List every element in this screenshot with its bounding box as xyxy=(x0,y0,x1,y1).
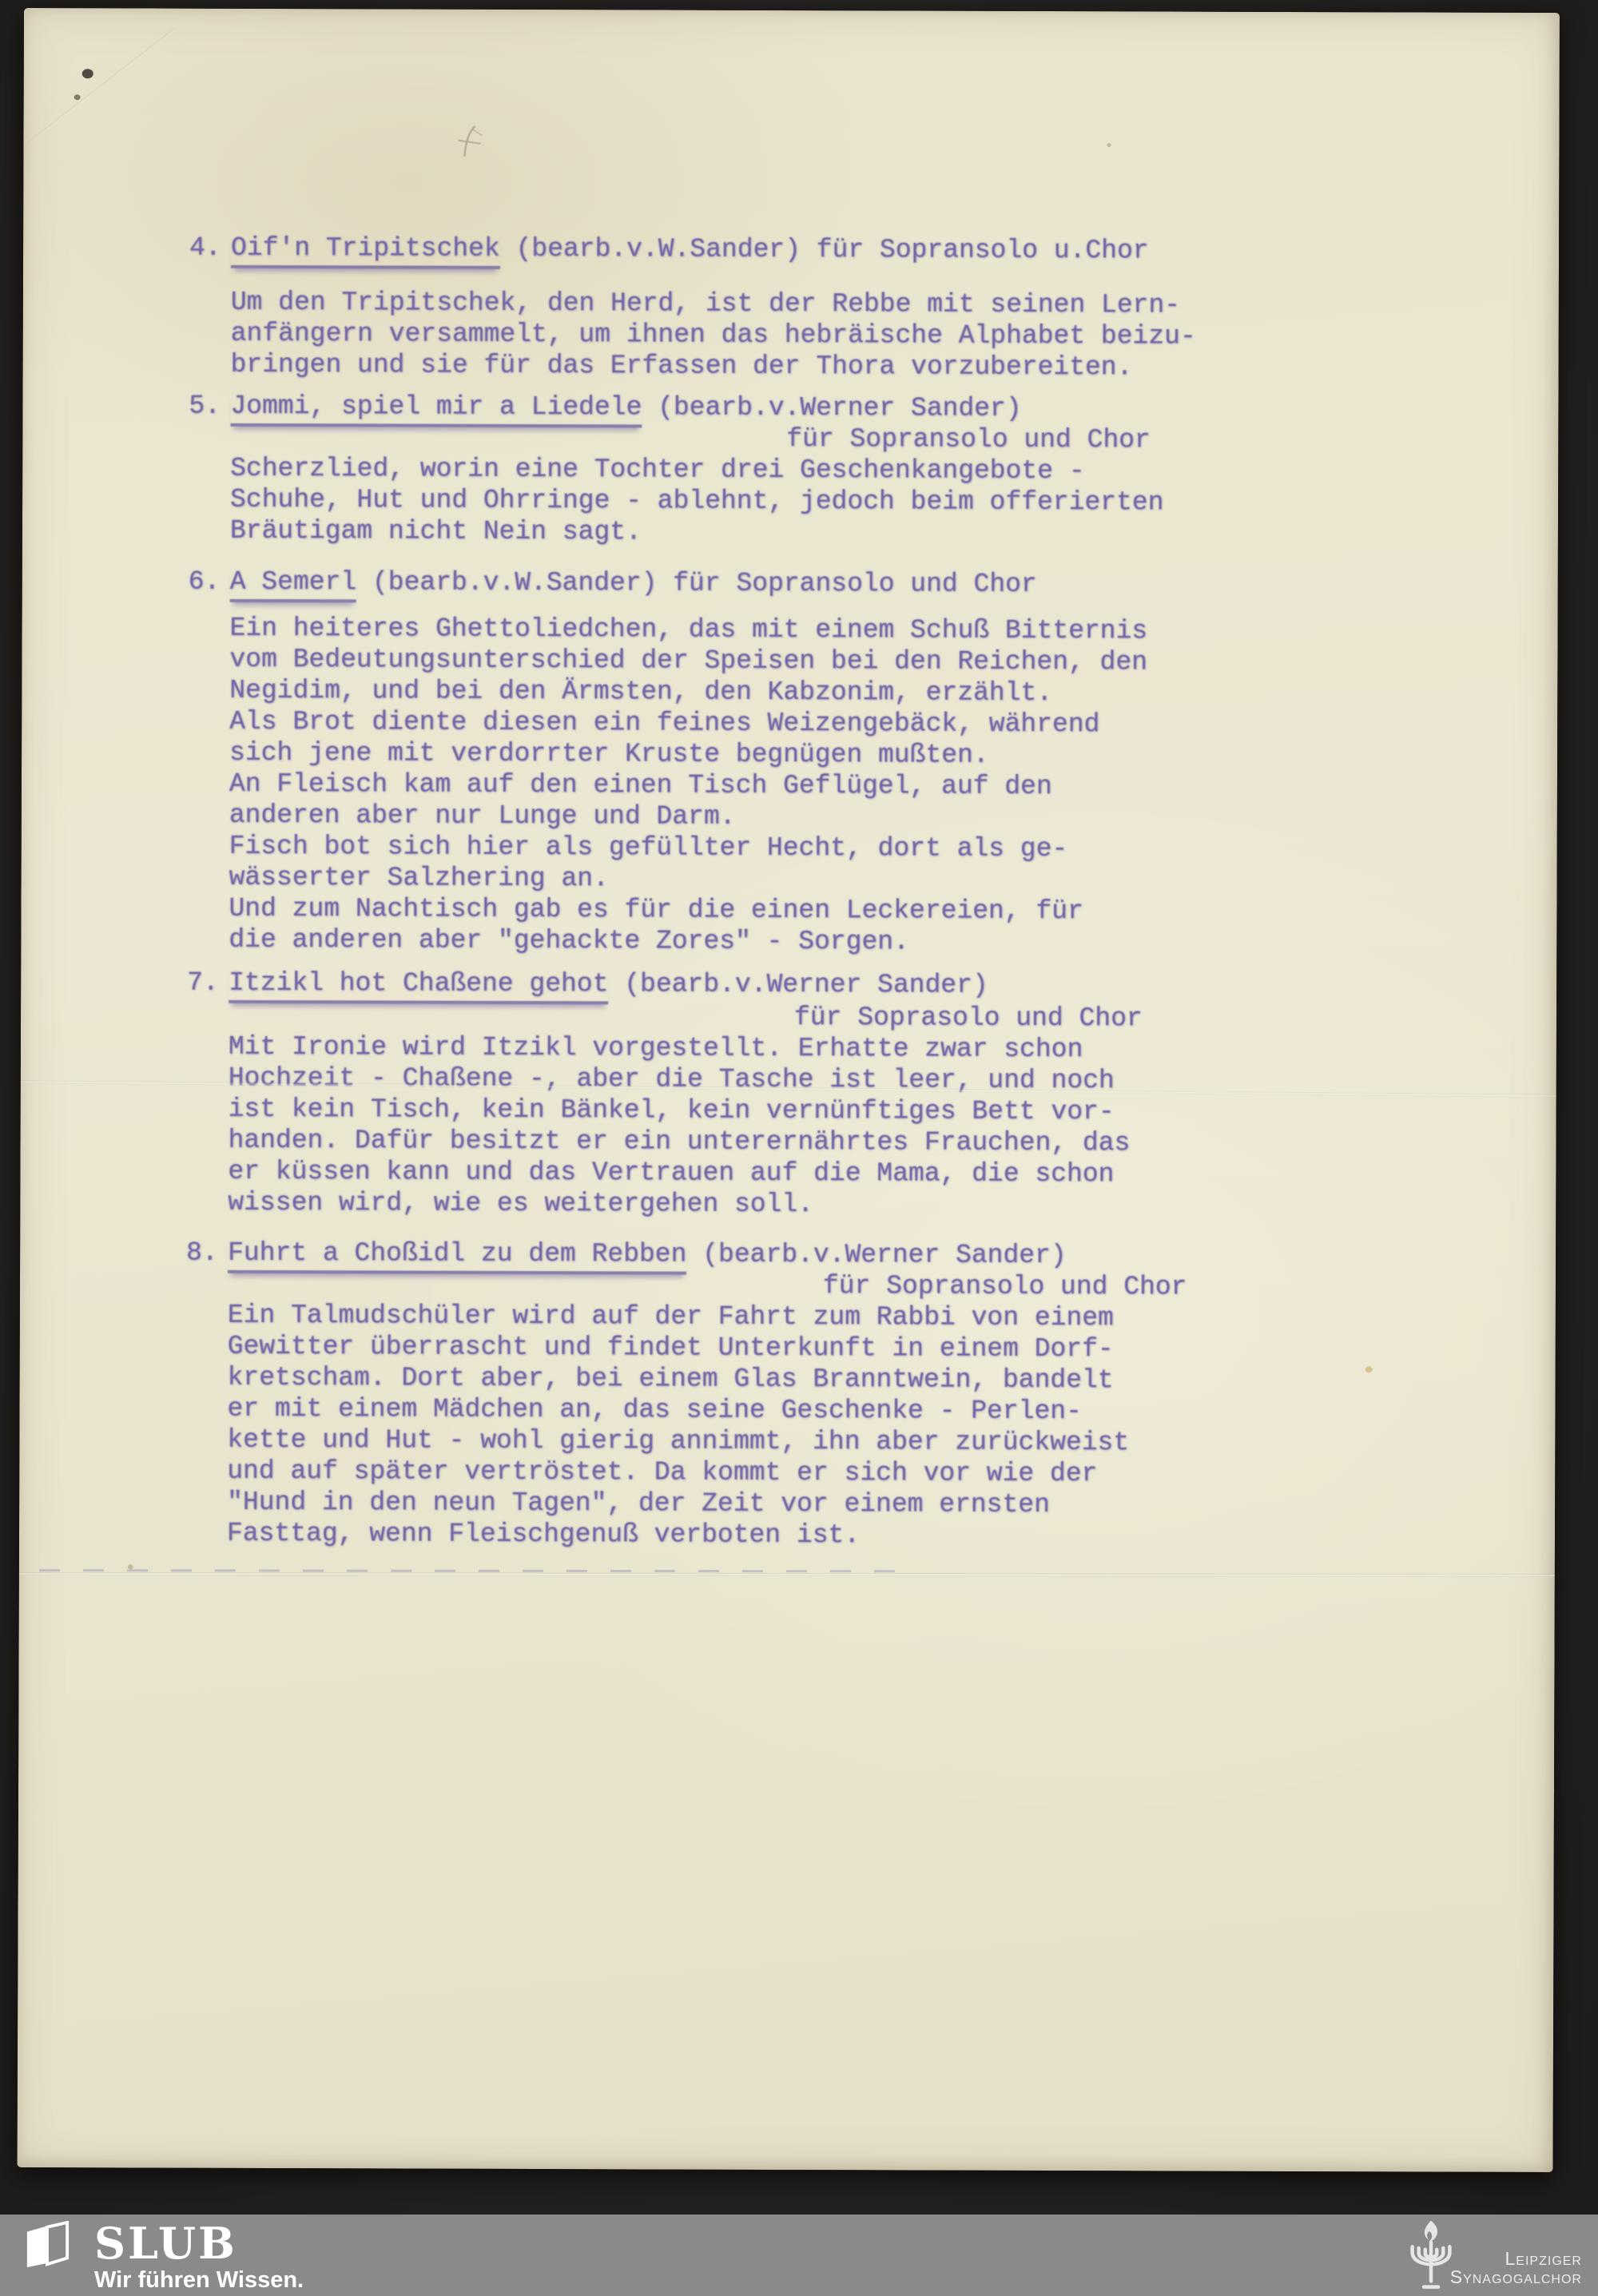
footer-brand-bar: SLUB Wir führen Wissen. Leipziger Synago… xyxy=(0,2215,1598,2296)
choir-line2: Synagogalchor xyxy=(1450,2268,1582,2286)
slub-wordmark: SLUB Wir führen Wissen. xyxy=(94,2221,304,2293)
item-title-rest: (bearb.v.W.Sander) für Sopransolo u.Chor xyxy=(500,234,1149,266)
item-body: Ein heiteres Ghettoliedchen, das mit ein… xyxy=(229,613,1434,959)
item-title: Jommi, spiel mir a Liedele xyxy=(230,391,642,428)
item-number: 8. xyxy=(186,1237,228,1269)
item-title-rest: (bearb.v.Werner Sander) xyxy=(608,969,988,999)
choir-line1: Leipziger xyxy=(1450,2250,1582,2268)
list-item: 5.Jommi, spiel mir a Liedele (bearb.v.We… xyxy=(189,391,1436,550)
item-subtitle: für Soprasolo und Chor xyxy=(794,1002,1433,1035)
item-body: Mit Ironie wird Itzikl vorgestellt. Erha… xyxy=(228,1031,1433,1222)
choir-wordmark: Leipziger Synagogalchor xyxy=(1450,2250,1582,2293)
item-title-line: 4.Oif'n Tripitschek (bearb.v.W.Sander) f… xyxy=(189,232,1436,268)
item-title-line: 5.Jommi, spiel mir a Liedele (bearb.v.We… xyxy=(189,391,1435,426)
item-title-rest: (bearb.v.W.Sander) für Sopransolo und Ch… xyxy=(356,567,1037,599)
slub-tagline: Wir führen Wissen. xyxy=(94,2267,304,2293)
item-body: Ein Talmudschüler wird auf der Fahrt zum… xyxy=(227,1300,1433,1553)
item-title-rest: (bearb.v.Werner Sander) xyxy=(642,392,1021,423)
item-number: 5. xyxy=(189,391,230,422)
item-number: 6. xyxy=(189,566,230,598)
list-item: 4.Oif'n Tripitschek (bearb.v.W.Sander) f… xyxy=(189,232,1437,384)
item-title-rest: (bearb.v.Werner Sander) xyxy=(686,1240,1066,1270)
paper-stain xyxy=(1107,143,1111,147)
item-title: A Semerl xyxy=(230,567,357,602)
item-number: 4. xyxy=(189,232,231,264)
list-item: 8.Fuhrt a Choßidl zu dem Rebben (bearb.v… xyxy=(185,1237,1433,1553)
choir-logo: Leipziger Synagogalchor xyxy=(1402,2218,1582,2293)
item-title: Fuhrt a Choßidl zu dem Rebben xyxy=(228,1238,686,1275)
item-body: Um den Tripitschek, den Herd, ist der Re… xyxy=(231,287,1436,384)
item-title: Itzikl hot Chaßene gehot xyxy=(229,968,608,1004)
paper-stain xyxy=(128,1564,133,1569)
item-subtitle: für Sopransolo und Chor xyxy=(823,1270,1433,1303)
paper-stain xyxy=(1365,1366,1373,1372)
slub-name: SLUB xyxy=(94,2221,304,2266)
scanned-page: 4.Oif'n Tripitschek (bearb.v.W.Sander) f… xyxy=(18,8,1560,2172)
item-title: Oif'n Tripitschek xyxy=(231,233,500,269)
item-number: 7. xyxy=(187,967,229,999)
item-title-line: 6.A Semerl (bearb.v.W.Sander) für Sopran… xyxy=(189,566,1435,602)
item-title-line: 8.Fuhrt a Choßidl zu dem Rebben (bearb.v… xyxy=(186,1237,1433,1273)
list-item: 6.A Semerl (bearb.v.W.Sander) für Sopran… xyxy=(187,566,1435,959)
slub-logo: SLUB Wir führen Wissen. xyxy=(24,2221,304,2293)
item-body: Scherzlied, worin eine Tochter drei Gesc… xyxy=(230,453,1435,550)
item-subtitle: für Sopransolo und Chor xyxy=(786,423,1435,457)
item-title-line: 7.Itzikl hot Chaßene gehot (bearb.v.Wern… xyxy=(187,967,1433,1003)
slub-book-icon xyxy=(24,2221,70,2270)
